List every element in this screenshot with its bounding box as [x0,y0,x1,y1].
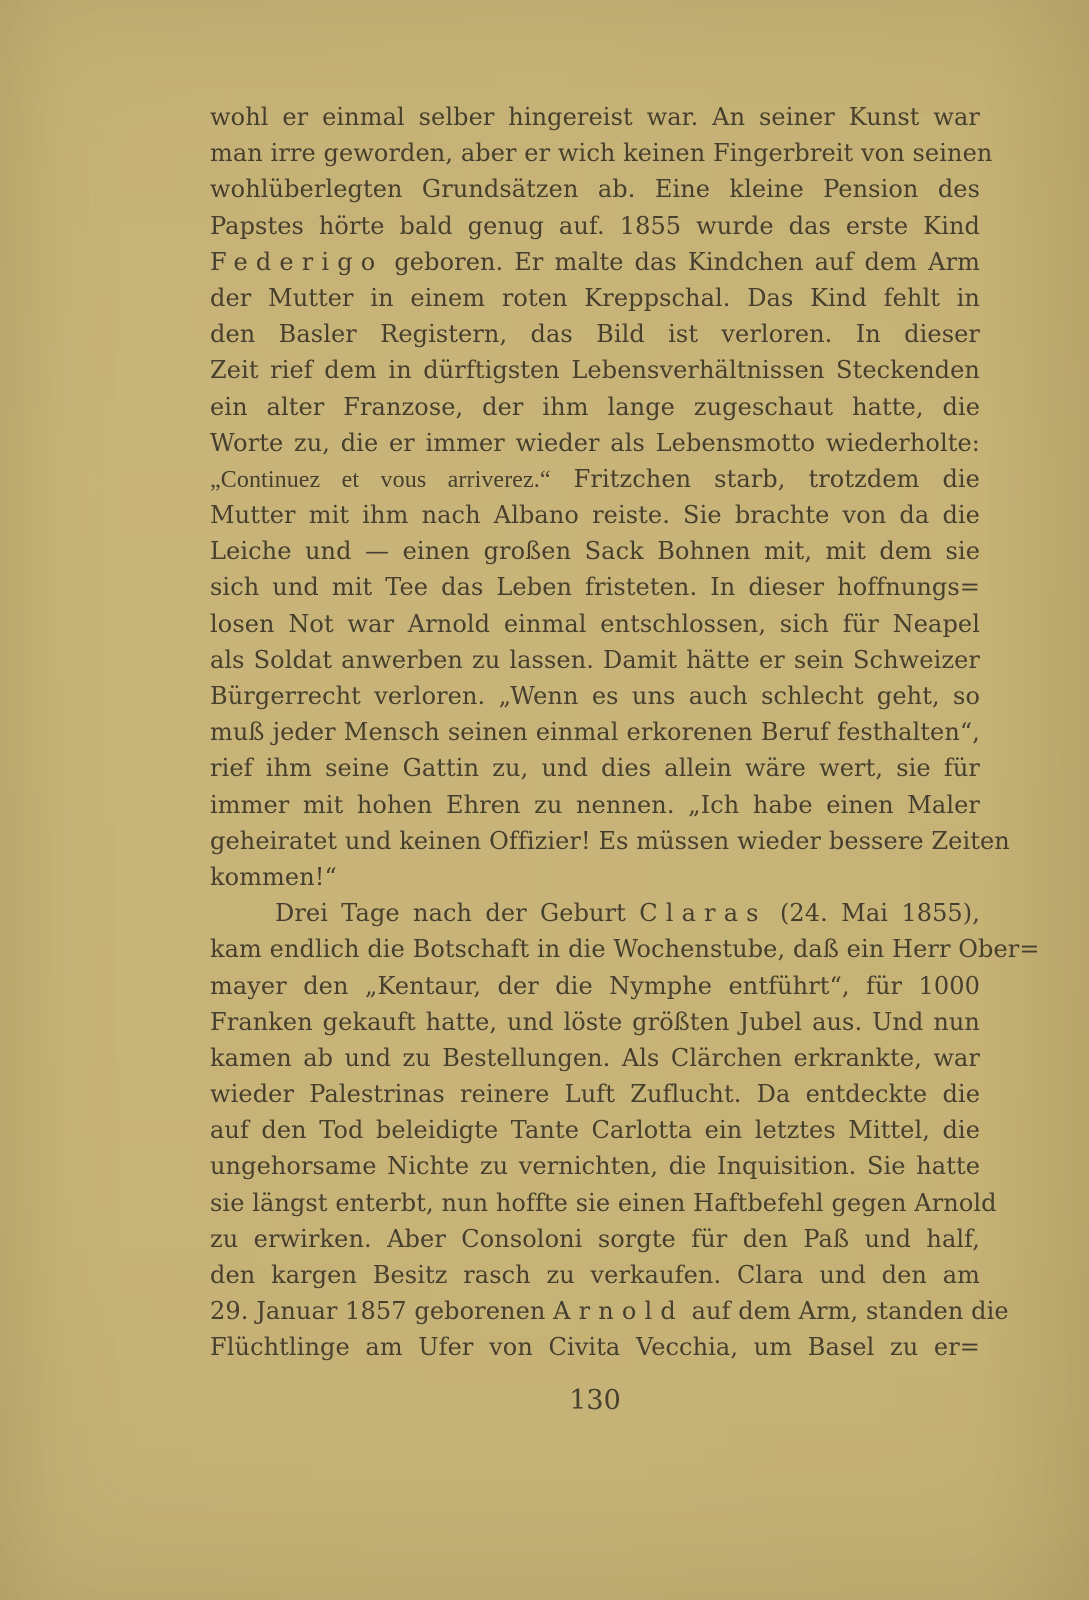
text-segment: ungehorsame Nichte zu vernichten, die In… [210,1152,980,1180]
text-segment: mayer den „Kentaur, der die Nymphe entfü… [210,972,980,1000]
text-line: kommen!“ [210,859,980,895]
text-segment: den kargen Besitz rasch zu verkaufen. Cl… [210,1261,980,1289]
text-line: 29. Januar 1857 geborenen Arnold auf dem… [210,1293,980,1329]
text-line: Franken gekauft hatte, und löste größten… [210,1004,980,1040]
text-segment: geboren. Er malte das Kindchen auf dem A… [383,248,980,276]
text-line: mayer den „Kentaur, der die Nymphe entfü… [210,968,980,1004]
text-line: immer mit hohen Ehren zu nennen. „Ich ha… [210,787,980,823]
text-segment: wohlüberlegten Grundsätzen ab. Eine klei… [210,175,980,203]
text-line: wieder Palestrinas reinere Luft Zuflucht… [210,1076,980,1112]
text-segment: sich und mit Tee das Leben fristeten. In… [210,573,980,601]
text-segment: (24. Mai 1855), [767,899,980,927]
antiqua-quotation: „Continuez et vous arriverez.“ [210,467,551,493]
text-line: sich und mit Tee das Leben fristeten. In… [210,569,980,605]
page-number: 130 [210,1381,980,1421]
text-line: muß jeder Mensch seinen einmal erkorenen… [210,714,980,750]
text-line: geheiratet und keinen Offizier! Es müsse… [210,823,980,859]
text-line: Bürgerrecht verloren. „Wenn es uns auch … [210,678,980,714]
text-segment: den Basler Registern, das Bild ist verlo… [210,320,980,348]
text-line: zu erwirken. Aber Consoloni sorgte für d… [210,1221,980,1257]
text-segment: ein alter Franzose, der ihm lange zugesc… [210,393,980,421]
text-line: Leiche und — einen großen Sack Bohnen mi… [210,533,980,569]
text-segment: Worte zu, die er immer wieder als Lebens… [210,429,980,457]
text-line: den kargen Besitz rasch zu verkaufen. Cl… [210,1257,980,1293]
text-line: Drei Tage nach der Geburt Claras (24. Ma… [210,895,980,931]
text-line: losen Not war Arnold einmal entschlossen… [210,606,980,642]
page-text-block: wohl er einmal selber hingereist war. An… [210,99,980,1366]
text-line: als Soldat anwerben zu lassen. Damit hät… [210,642,980,678]
text-segment: kam endlich die Botschaft in die Wochens… [210,935,1040,963]
text-line: Flüchtlinge am Ufer von Civita Vecchia, … [210,1329,980,1365]
text-segment: auf den Tod beleidigte Tante Carlotta ei… [210,1116,980,1144]
text-segment: Drei Tage nach der Geburt [275,899,639,927]
text-segment: immer mit hohen Ehren zu nennen. „Ich ha… [210,791,980,819]
text-segment: zu erwirken. Aber Consoloni sorgte für d… [210,1225,980,1253]
text-segment: Papstes hörte bald genug auf. 1855 wurde… [210,212,980,240]
text-line: auf den Tod beleidigte Tante Carlotta ei… [210,1112,980,1148]
text-segment: muß jeder Mensch seinen einmal erkorenen… [210,718,980,746]
text-line: Zeit rief dem in dürftigsten Lebensverhä… [210,352,980,388]
text-segment: 29. Januar 1857 geborenen [210,1297,553,1325]
text-segment: man irre geworden, aber er wich keinen F… [210,139,992,167]
text-segment: der Mutter in einem roten Kreppschal. Da… [210,284,980,312]
text-line: ungehorsame Nichte zu vernichten, die In… [210,1148,980,1184]
text-segment: Leiche und — einen großen Sack Bohnen mi… [210,537,980,565]
text-segment: wieder Palestrinas reinere Luft Zuflucht… [210,1080,980,1108]
text-line: ein alter Franzose, der ihm lange zugesc… [210,389,980,425]
book-page: wohl er einmal selber hingereist war. An… [0,0,1089,1600]
text-line: Papstes hörte bald genug auf. 1855 wurde… [210,208,980,244]
text-segment: Zeit rief dem in dürftigsten Lebensverhä… [210,356,980,384]
text-line: wohl er einmal selber hingereist war. An… [210,99,980,135]
text-segment: sie längst enterbt, nun hoffte sie einen… [210,1189,997,1217]
letterspaced-name: Arnold [553,1297,684,1325]
text-segment: rief ihm seine Gattin zu, und dies allei… [210,754,980,782]
letterspaced-name: Federigo [210,248,383,276]
text-line: „Continuez et vous arriverez.“ Fritzchen… [210,461,980,497]
text-segment: losen Not war Arnold einmal entschlossen… [210,610,980,638]
text-segment: Flüchtlinge am Ufer von Civita Vecchia, … [210,1333,980,1361]
text-segment: kommen!“ [210,863,337,891]
text-segment: Fritzchen starb, trotzdem die [551,465,980,493]
text-segment: kamen ab und zu Bestellungen. Als Clärch… [210,1044,980,1072]
text-line: Mutter mit ihm nach Albano reiste. Sie b… [210,497,980,533]
text-line: Worte zu, die er immer wieder als Lebens… [210,425,980,461]
text-line: kamen ab und zu Bestellungen. Als Clärch… [210,1040,980,1076]
text-line: wohlüberlegten Grundsätzen ab. Eine klei… [210,171,980,207]
text-line: rief ihm seine Gattin zu, und dies allei… [210,750,980,786]
text-line: sie längst enterbt, nun hoffte sie einen… [210,1185,980,1221]
text-line: den Basler Registern, das Bild ist verlo… [210,316,980,352]
text-segment: Franken gekauft hatte, und löste größten… [210,1008,980,1036]
text-line: kam endlich die Botschaft in die Wochens… [210,931,980,967]
letterspaced-name: Claras [639,899,766,927]
text-segment: Bürgerrecht verloren. „Wenn es uns auch … [210,682,980,710]
text-segment: auf dem Arm, standen die [684,1297,1009,1325]
text-segment: geheiratet und keinen Offizier! Es müsse… [210,827,1010,855]
text-segment: als Soldat anwerben zu lassen. Damit hät… [210,646,980,674]
text-line: der Mutter in einem roten Kreppschal. Da… [210,280,980,316]
text-segment: Mutter mit ihm nach Albano reiste. Sie b… [210,501,980,529]
text-line: man irre geworden, aber er wich keinen F… [210,135,980,171]
text-line: Federigo geboren. Er malte das Kindchen … [210,244,980,280]
text-segment: wohl er einmal selber hingereist war. An… [210,103,980,131]
